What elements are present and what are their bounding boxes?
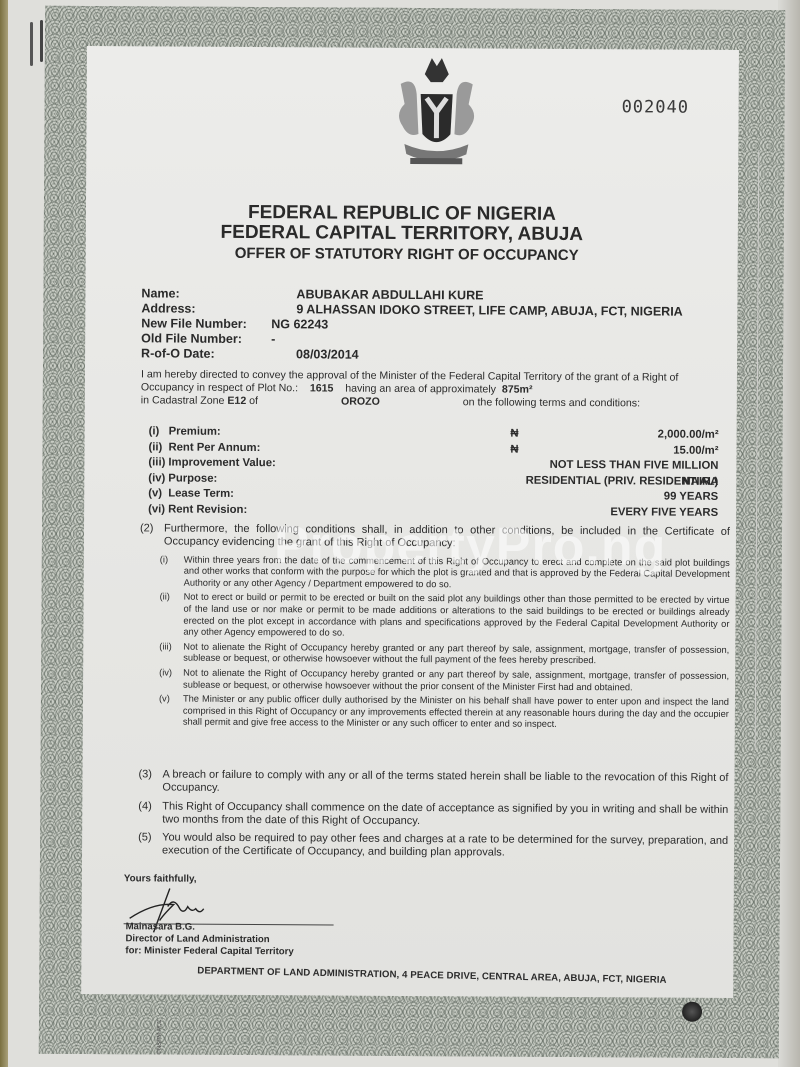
applicant-details: Name: ABUBAKAR ABDULLAHI KURE Address: 9… [141,286,683,364]
intro-paragraph: I am hereby directed to convey the appro… [141,368,726,411]
security-seal-icon [682,1002,702,1022]
signer-name: Mainasara B.G. [126,921,294,934]
staple-mark [30,22,33,66]
closing-salutation: Yours faithfully, [124,873,197,884]
conditions-3-5: (3) A breach or failure to comply with a… [138,768,729,866]
district: OROZO [341,396,380,408]
plot-number: 1615 [310,382,334,394]
sub-condition: (iv) Not to alienate the Right of Occupa… [159,667,729,694]
cadastral-zone: E12 [227,395,246,407]
document-sheet: 002040 FEDERAL REPUBLIC OF NIGERIA FEDER… [81,46,739,998]
guilloche-border: 002040 FEDERAL REPUBLIC OF NIGERIA FEDER… [39,6,785,1059]
photo-edge-left [0,0,8,1067]
signer-title: Director of Land Administration [125,933,293,946]
condition-4: (4) This Right of Occupancy shall commen… [138,800,728,830]
sub-condition: (iii) Not to alienate the Right of Occup… [159,641,729,668]
document-title: OFFER OF STATUTORY RIGHT OF OCCUPANCY [81,244,733,265]
term-row: (vi) Rent Revision: EVERY FIVE YEARS [148,502,718,521]
condition-2: (2) Furthermore, the following condition… [139,522,730,735]
sub-condition: (i) Within three years from the date of … [160,554,730,592]
condition-3: (3) A breach or failure to comply with a… [138,768,728,798]
signer-block: Mainasara B.G. Director of Land Administ… [125,921,293,957]
plot-area: 875m² [502,384,533,396]
fold-line [755,150,760,750]
staple-mark [40,20,43,62]
printer-mark: ©NSPM PLC [157,1019,163,1054]
footer-address: DEPARTMENT OF LAND ADMINISTRATION, 4 PEA… [197,965,666,985]
detail-row-date: R-of-O Date: 08/03/2014 [141,346,682,364]
terms-table: (i) Premium: ₦ 2,000.00/m² (ii) Rent Per… [148,424,719,520]
coat-of-arms-icon [386,54,487,175]
sub-condition: (v) The Minister or any public officer d… [159,694,729,732]
condition-5: (5) You would also be required to pay ot… [138,832,728,862]
sub-condition: (ii) Not to erect or build or permit to … [159,592,729,642]
header-territory: FEDERAL CAPITAL TERRITORY, ABUJA [76,221,728,247]
signer-for: for: Minister Federal Capital Territory [125,945,293,958]
serial-number: 002040 [622,97,690,117]
